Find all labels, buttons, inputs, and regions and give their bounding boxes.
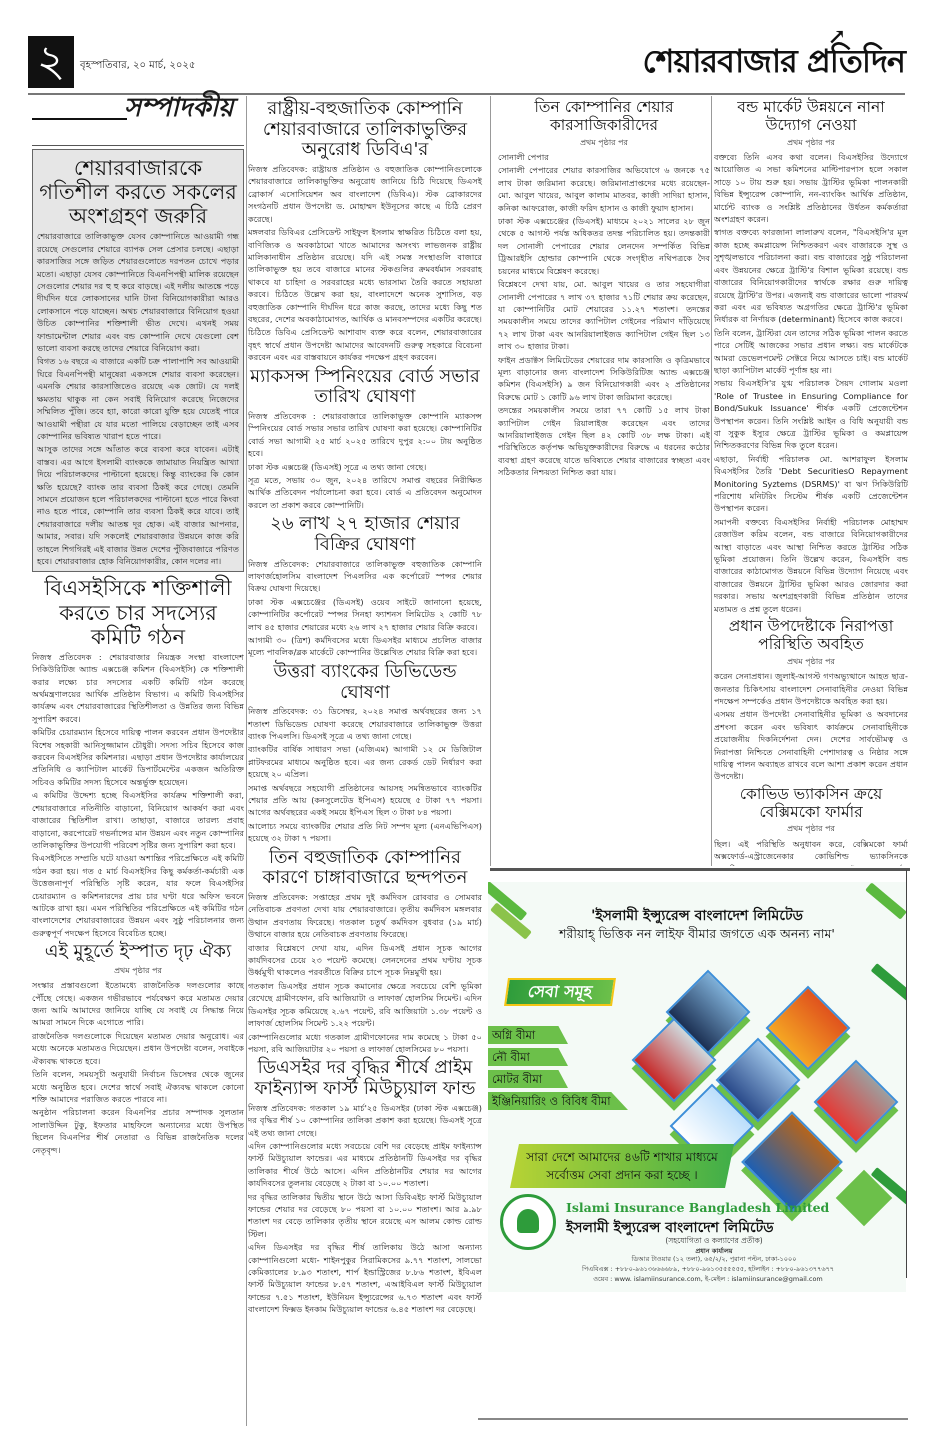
article-headline[interactable]: প্রধান উপদেষ্টাকে নিরাপত্তা পরিস্থিতি অব… (714, 618, 908, 654)
article-dba-listing[interactable]: রাষ্ট্রীয়-বহুজাতিক কোম্পানি শেয়ারবাজার… (248, 99, 482, 364)
article-dse-top-gainer[interactable]: ডিএসইর দর বৃদ্ধির শীর্ষে প্রাইম ফাইন্যান… (248, 1058, 482, 1315)
article-headline[interactable]: রাষ্ট্রীয়-বহুজাতিক কোম্পানি শেয়ারবাজার… (248, 99, 482, 161)
article-headline[interactable]: বন্ড মার্কেট উন্নয়নে নানা উদ্যোগ নেওয়া (714, 99, 908, 135)
article-paragraph: বিশ্লেষণে দেখা যায়, মো. আবুল খায়ের ও ত… (498, 278, 710, 352)
service-fire-insurance: অগ্নি বীমা (488, 1026, 568, 1044)
article-paragraph: আগামী ৩০ (ত্রিশ) কর্মদিবসের মধ্যে ডিএসইর… (248, 634, 482, 659)
issue-date: বৃহস্পতিবার, ২০ মার্চ, ২০২৫ (80, 58, 195, 75)
article-paragraph: গতকাল ডিএসইর প্রধান সূচক কমানোর ক্ষেত্রে… (248, 980, 482, 1030)
truck-image (741, 1111, 843, 1213)
newspaper-logo[interactable]: শেয়ারবাজার প্রতিদিন ↗ (642, 36, 905, 90)
decor-stripe (871, 963, 906, 1003)
article-paragraph: তিনি বলেন, ট্রাস্টিরা যেন তাদের সঠিক ভূম… (714, 327, 908, 377)
continued-label: প্রথম পৃষ্ঠার পর (32, 965, 244, 977)
editorial-banner: সম্পাদকীয় (32, 96, 244, 146)
article-paragraph: নিজস্ব প্রতিবেদক: সপ্তাহের প্রথম দুই কর্… (248, 891, 482, 941)
article-paragraph: চিঠিতে ডিবিএ প্রেসিডেন্ট আশাবাদ ব্যক্ত ক… (248, 326, 482, 363)
company-logo (500, 1194, 556, 1250)
column-1: সম্পাদকীয় শেয়ারবাজারকে গতিশীল করতে সকল… (32, 96, 244, 1157)
islami-insurance-advertisement[interactable]: 'ইসলামী ইন্স্যুরেন্স বাংলাদেশ লিমিটেড শর… (488, 882, 906, 1262)
article-paragraph: অনুষ্ঠান পরিচালনা করেন বিএনপির প্রচার সম… (32, 1106, 244, 1156)
article-headline[interactable]: কোভিড ভ্যাকসিন ক্রয়ে বেক্সিমকো ফার্মার (714, 786, 908, 822)
article-paragraph: রাজনৈতিক দলগুলোকে দিয়েছেন মতামত দেয়ার … (32, 1030, 244, 1067)
brand-name: শেয়ারবাজার প্রতিদিন (642, 42, 905, 80)
article-bond-market[interactable]: বন্ড মার্কেট উন্নয়নে নানা উদ্যোগ নেওয়া… (714, 99, 908, 615)
article-headline[interactable]: ২৬ লাখ ২৭ হাজার শেয়ার বিক্রির ঘোষণা (248, 514, 482, 555)
article-lafarge-sale[interactable]: ২৬ লাখ ২৭ হাজার শেয়ার বিক্রির ঘোষণা নিজ… (248, 514, 482, 659)
column-3: তিন কোম্পানির শেয়ার কারসাজিকারীদের প্রথ… (498, 96, 710, 866)
ad-border (906, 870, 907, 1278)
article-paragraph: নিজস্ব প্রতিবেদক : শেয়ারবাজার নিয়ন্ত্র… (32, 651, 244, 725)
article-manipulators[interactable]: তিন কোম্পানির শেয়ার কারসাজিকারীদের প্রথ… (498, 99, 710, 479)
service-engineering-insurance: ইঞ্জিনিয়ারিং ও বিবিধ বীমা (488, 1092, 628, 1110)
article-paragraph: আলোচ্য সময়ে ব্যাংকটির শেয়ার প্রতি নিট … (248, 820, 482, 845)
article-covid-vaccine[interactable]: কোভিড ভ্যাকসিন ক্রয়ে বেক্সিমকো ফার্মার … (714, 786, 908, 866)
article-paragraph: এদিন কোম্পানিগুলোর মধ্যে সবচেয়ে বেশি দর… (248, 1140, 482, 1190)
article-paragraph: নিজস্ব প্রতিবেদক: গতকাল ১৯ মার্চ'২৫ ডিএস… (248, 1102, 482, 1139)
article-paragraph: নিজস্ব প্রতিবেদক : শেয়ারবাজারে তালিকাভু… (248, 410, 482, 460)
article-security-briefing[interactable]: প্রধান উপদেষ্টাকে নিরাপত্তা পরিস্থিতি অব… (714, 618, 908, 783)
article-paragraph: নিজস্ব প্রতিবেদক: ৩১ ডিসেম্বর, ২০২৪ সমাপ… (248, 705, 482, 742)
article-paragraph: সমাপনী বক্তব্যে বিএসইসির নির্বাহী পরিচাল… (714, 516, 908, 615)
section-rule (490, 868, 910, 871)
editorial-paragraph: বিগত ১৬ বছরে এ বাজারে একটি চক্র পালাপাশি… (37, 355, 239, 442)
continued-label: প্রথম পৃষ্ঠার পর (498, 137, 710, 149)
article-paragraph: ছিল। এই পরিস্থিতি অনুধাবন করে, বেক্সিমকো… (714, 838, 908, 866)
service-marine-insurance: নৌ বীমা (488, 1048, 568, 1066)
article-headline[interactable]: এই মুহূর্তে ইস্পাত দৃঢ় ঐক্য (32, 942, 244, 963)
continued-label: প্রথম পৃষ্ঠার পর (714, 656, 908, 668)
ad-contact-area: পিএবিএক্স : +৮৮০-৯৬১৩৬৬৬৬৮৯, +৮৮০-৯৬১৩৫৫… (488, 1262, 906, 1292)
article-paragraph: সমাপ্ত অর্থবছরে সহযোগী প্রতিষ্ঠানের আয়স… (248, 782, 482, 819)
banner-line (32, 118, 127, 120)
article-paragraph: সোনালী পেপারের শেয়ার কারসাজির অভিযোগে ৬… (498, 164, 710, 214)
article-paragraph: এ কমিটির উদ্দেশ্য হচ্ছে বিএসইসির কার্যক্… (32, 789, 244, 851)
article-paragraph: তদন্তের সময়কালীন সময়ে তারা ৭৭ কোটি ১৫ … (498, 404, 710, 478)
editorial-paragraph: আসুক তাদের সঙ্গে আঁতাত করে ব্যবসা করে যা… (37, 443, 239, 567)
ad-title: 'ইসলামী ইন্স্যুরেন্স বাংলাদেশ লিমিটেড (488, 904, 906, 928)
article-paragraph: সূত্র মতে, সভায় ৩০ জুন, ২০২৪ তারিখে সমা… (248, 474, 482, 511)
article-paragraph: বাজার বিশ্লেষণে দেখা যায়, এদিন ডিএসই প্… (248, 942, 482, 979)
article-uttara-dividend[interactable]: উত্তরা ব্যাংকের ডিভিডেন্ড ঘোষণা নিজস্ব প… (248, 662, 482, 845)
column-divider (490, 96, 491, 866)
continued-label: প্রথম পৃষ্ঠার পর (714, 823, 908, 835)
article-paragraph: এছাড়া, নির্বাহী পরিচালক মো. আশরাফুল ইসল… (714, 453, 908, 515)
article-paragraph: বিএসইসিতে সম্প্রতি ঘটে যাওয়া অশান্তির প… (32, 852, 244, 939)
article-paragraph: সোনালী পেপার (498, 151, 710, 163)
article-multinational-fall[interactable]: তিন বহুজাতিক কোম্পানির কারণে চাঙ্গাবাজার… (248, 848, 482, 1056)
article-paragraph: ফাইন প্রডাক্টস লিমিটেডের শেয়ারের দাম কা… (498, 354, 710, 404)
article-headline[interactable]: তিন কোম্পানির শেয়ার কারসাজিকারীদের (498, 99, 710, 135)
article-headline[interactable]: ম্যাকসন্স স্পিনিংয়ের বোর্ড সভার তারিখ ঘ… (248, 367, 482, 408)
article-paragraph: কমিটির চেয়ারম্যান হিসেবে দায়িত্ব পালন … (32, 726, 244, 788)
branch-line-2: সর্বোত্তম সেবা প্রদান করা হচ্ছে । (510, 1166, 734, 1184)
article-paragraph: বক্তব্যে তিনি এসব কথা বলেন। বিএসইসির উদ্… (714, 151, 908, 225)
mosque-dome-icon (517, 1209, 539, 1233)
editorial-article[interactable]: শেয়ারবাজারকে গতিশীল করতে সকলের অংশগ্রহণ… (32, 149, 244, 572)
article-paragraph: নিজস্ব প্রতিবেদক: রাষ্ট্রায়ত্ত প্রতিষ্ঠ… (248, 163, 482, 225)
article-paragraph: ঢাকা স্টক এক্সচেঞ্জ (ডিএসই) সূত্রে এ তথ্… (248, 461, 482, 473)
editorial-paragraph: শেয়ারবাজারে তালিকাভুক্ত যেসব কোম্পানিতে… (37, 230, 239, 354)
article-paragraph: মঙ্গলবার ডিবিএর প্রেসিডেন্ট সাইফুল ইসলাম… (248, 226, 482, 325)
article-paragraph: ব্যাংকটির বার্ষিক সাধারণ সভা (এজিএম) আগা… (248, 743, 482, 780)
office-web-email[interactable]: ওয়েব : www. islamiinsurance.com, ই-মেইল… (558, 1274, 858, 1285)
article-paragraph: এসময় প্রধান উপদেষ্টা সেনাবাহিনীর ভূমিকা… (714, 708, 908, 782)
ad-subtitle: শরীয়াহ্ ভিত্তিক নন লাইফ বীমার জগতে এক অ… (488, 926, 906, 946)
service-motor-insurance: মোটর বীমা (488, 1070, 568, 1088)
editorial-label: সম্পাদকীয় (124, 102, 233, 114)
article-paragraph: স্বাগত বক্তব্যে ফারজানা লালারুখ বলেন, "ব… (714, 226, 908, 325)
article-bsec-committee[interactable]: বিএসইসিকে শক্তিশালী করতে চার সদস্যের কমি… (32, 576, 244, 939)
article-headline[interactable]: তিন বহুজাতিক কোম্পানির কারণে চাঙ্গাবাজার… (248, 848, 482, 889)
trend-arrow-icon: ↗ (828, 24, 845, 50)
editorial-headline[interactable]: শেয়ারবাজারকে গতিশীল করতে সকলের অংশগ্রহণ… (37, 156, 239, 228)
continued-label: প্রথম পৃষ্ঠার পর (714, 137, 908, 149)
column-divider (711, 96, 712, 866)
article-headline[interactable]: উত্তরা ব্যাংকের ডিভিডেন্ড ঘোষণা (248, 662, 482, 703)
branch-network-banner: সারা দেশে আমাদের ৪৬টি শাখার মাধ্যমে সর্ব… (510, 1144, 734, 1188)
article-paragraph: ঢাকা স্টক এক্সচেঞ্জের (ডিএসই) মাধ্যমে ২০… (498, 215, 710, 277)
services-label: সেবা সমূহ (504, 978, 616, 1006)
article-paragraph: করেন সেনাপ্রধান। জুলাই-আগস্ট গণঅভ্যুত্থা… (714, 670, 908, 707)
article-paragraph: সংস্কার প্রস্তাবগুলো ইতোমধ্যে রাজনৈতিক দ… (32, 979, 244, 1029)
article-paragraph: নিজস্ব প্রতিবেদক: শেয়ারবাজারে তালিকাভুক… (248, 558, 482, 595)
motorcycle-image (814, 1060, 899, 1145)
article-headline[interactable]: ডিএসইর দর বৃদ্ধির শীর্ষে প্রাইম ফাইন্যান… (248, 1058, 482, 1099)
page-number: ২ (28, 36, 74, 88)
article-paragraph: সভায় বিএসইসি'র যুগ্ম পরিচালক সৈয়দ গোলা… (714, 377, 908, 451)
branch-line-1: সারা দেশে আমাদের ৪৬টি শাখার মাধ্যমে (510, 1148, 734, 1166)
article-paragraph: এদিন ডিএসইর দর বৃদ্ধির শীর্ষ তালিকায় উঠ… (248, 1241, 482, 1315)
article-paragraph: দর বৃদ্ধির তালিকার দ্বিতীয় স্থানে উঠে আ… (248, 1191, 482, 1241)
company-name-english: Islami Insurance Bangladesh Limited (566, 1200, 829, 1215)
article-paragraph: তিনি বলেন, সময়সূচী অনুযায়ী নির্বাচন ডি… (32, 1068, 244, 1105)
column-4: বন্ড মার্কেট উন্নয়নে নানা উদ্যোগ নেওয়া… (714, 96, 908, 866)
column-2: রাষ্ট্রীয়-বহুজাতিক কোম্পানি শেয়ারবাজার… (248, 96, 482, 1317)
article-paragraph: ঢাকা স্টক এক্সচেঞ্জের (ডিএসই) ওয়েব সাইট… (248, 596, 482, 633)
bottom-rule (478, 1418, 908, 1420)
article-steel-unity[interactable]: এই মুহূর্তে ইস্পাত দৃঢ় ঐক্য প্রথম পৃষ্ঠ… (32, 942, 244, 1156)
office-address: ডিআর টাওয়ার (১২ তলা), ৬৫/২/২, পুরানা পল… (564, 1254, 864, 1262)
article-paragraph: কোম্পানিগুলোর মধ্যে গতকাল গ্রামীণফোনের দ… (248, 1031, 482, 1056)
article-headline[interactable]: বিএসইসিকে শক্তিশালী করতে চার সদস্যের কমি… (32, 576, 244, 648)
masthead: ২ বৃহস্পতিবার, ২০ মার্চ, ২০২৫ শেয়ারবাজা… (28, 32, 905, 90)
column-divider (246, 96, 247, 1426)
article-mackson-board[interactable]: ম্যাকসন্স স্পিনিংয়ের বোর্ড সভার তারিখ ঘ… (248, 367, 482, 512)
